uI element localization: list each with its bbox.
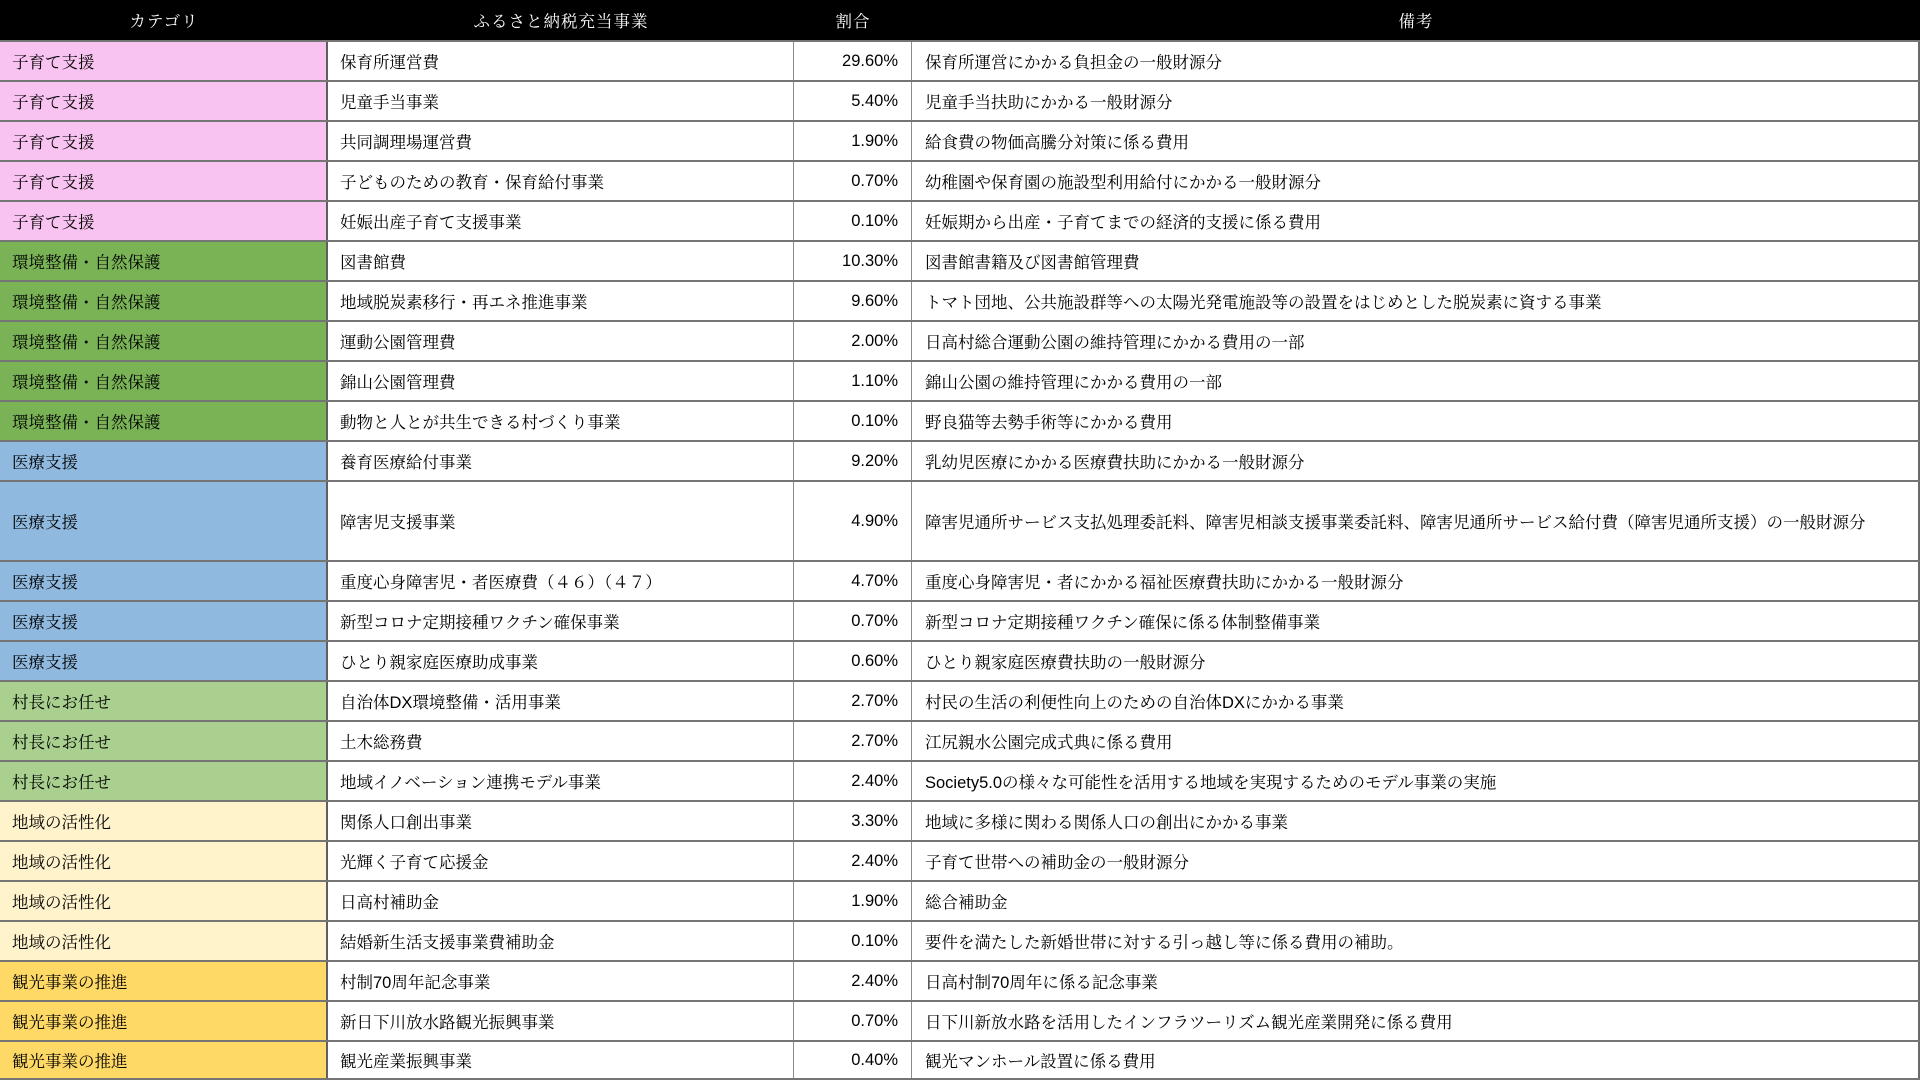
project-cell: 養育医療給付事業 — [328, 442, 794, 480]
ratio-cell: 10.30% — [794, 242, 912, 280]
project-cell: 結婚新生活支援事業費補助金 — [328, 922, 794, 960]
ratio-value: 0.70% — [851, 612, 898, 631]
remark-label: 幼稚園や保育園の施設型利用給付にかかる一般財源分 — [925, 169, 1321, 193]
project-label: 村制70周年記念事業 — [340, 969, 490, 993]
ratio-cell: 9.20% — [794, 442, 912, 480]
category-cell: 子育て支援 — [0, 162, 328, 200]
remark-cell: 給食費の物価高騰分対策に係る費用 — [912, 122, 1920, 160]
ratio-value: 9.60% — [851, 292, 898, 311]
category-cell: 観光事業の推進 — [0, 962, 328, 1000]
category-cell: 子育て支援 — [0, 42, 328, 80]
project-cell: 錦山公園管理費 — [328, 362, 794, 400]
category-label: 地域の活性化 — [12, 849, 111, 873]
table-row: 医療支援 新型コロナ定期接種ワクチン確保事業 0.70% 新型コロナ定期接種ワク… — [0, 600, 1920, 640]
table-row: 環境整備・自然保護 錦山公園管理費 1.10% 錦山公園の維持管理にかかる費用の… — [0, 360, 1920, 400]
category-cell: 地域の活性化 — [0, 882, 328, 920]
category-label: 子育て支援 — [12, 129, 95, 153]
table-row: 環境整備・自然保護 運動公園管理費 2.00% 日高村総合運動公園の維持管理にか… — [0, 320, 1920, 360]
project-label: 重度心身障害児・者医療費（４６）（４７） — [340, 569, 662, 593]
project-cell: 動物と人とが共生できる村づくり事業 — [328, 402, 794, 440]
category-label: 観光事業の推進 — [12, 1009, 128, 1033]
table-row: 観光事業の推進 観光産業振興事業 0.40% 観光マンホール設置に係る費用 — [0, 1040, 1920, 1080]
ratio-cell: 0.10% — [794, 402, 912, 440]
ratio-cell: 2.40% — [794, 842, 912, 880]
remark-label: トマト団地、公共施設群等への太陽光発電施設等の設置をはじめとした脱炭素に資する事… — [925, 289, 1602, 313]
remark-label: 観光マンホール設置に係る費用 — [925, 1048, 1156, 1072]
category-cell: 環境整備・自然保護 — [0, 362, 328, 400]
category-cell: 医療支援 — [0, 442, 328, 480]
category-cell: 環境整備・自然保護 — [0, 242, 328, 280]
category-cell: 子育て支援 — [0, 122, 328, 160]
project-label: 観光産業振興事業 — [340, 1048, 472, 1072]
category-cell: 村長にお任せ — [0, 722, 328, 760]
project-label: 運動公園管理費 — [340, 329, 456, 353]
ratio-cell: 2.70% — [794, 722, 912, 760]
remark-cell: 野良猫等去勢手術等にかかる費用 — [912, 402, 1920, 440]
ratio-value: 0.70% — [851, 1012, 898, 1031]
table-row: 地域の活性化 光輝く子育て応援金 2.40% 子育て世帯への補助金の一般財源分 — [0, 840, 1920, 880]
category-label: 観光事業の推進 — [12, 969, 128, 993]
ratio-value: 1.90% — [851, 132, 898, 151]
table-row: 子育て支援 児童手当事業 5.40% 児童手当扶助にかかる一般財源分 — [0, 80, 1920, 120]
project-cell: 新日下川放水路観光振興事業 — [328, 1002, 794, 1040]
remark-cell: 図書館書籍及び図書館管理費 — [912, 242, 1920, 280]
remark-cell: ひとり親家庭医療費扶助の一般財源分 — [912, 642, 1920, 680]
remark-cell: 子育て世帯への補助金の一般財源分 — [912, 842, 1920, 880]
table-row: 地域の活性化 日高村補助金 1.90% 総合補助金 — [0, 880, 1920, 920]
category-cell: 地域の活性化 — [0, 842, 328, 880]
remark-label: ひとり親家庭医療費扶助の一般財源分 — [925, 649, 1206, 673]
remark-label: 給食費の物価高騰分対策に係る費用 — [925, 129, 1189, 153]
remark-label: 保育所運営にかかる負担金の一般財源分 — [925, 49, 1222, 73]
project-cell: 村制70周年記念事業 — [328, 962, 794, 1000]
category-label: 村長にお任せ — [12, 769, 111, 793]
remark-cell: 幼稚園や保育園の施設型利用給付にかかる一般財源分 — [912, 162, 1920, 200]
ratio-cell: 4.70% — [794, 562, 912, 600]
remark-label: 日高村制70周年に係る記念事業 — [925, 969, 1158, 993]
category-label: 子育て支援 — [12, 169, 95, 193]
category-cell: 観光事業の推進 — [0, 1002, 328, 1040]
ratio-value: 0.40% — [851, 1051, 898, 1070]
remark-cell: 江尻親水公園完成式典に係る費用 — [912, 722, 1920, 760]
project-cell: ひとり親家庭医療助成事業 — [328, 642, 794, 680]
table-row: 観光事業の推進 村制70周年記念事業 2.40% 日高村制70周年に係る記念事業 — [0, 960, 1920, 1000]
remark-cell: 保育所運営にかかる負担金の一般財源分 — [912, 42, 1920, 80]
remark-cell: 村民の生活の利便性向上のための自治体DXにかかる事業 — [912, 682, 1920, 720]
ratio-value: 29.60% — [842, 52, 898, 71]
table-row: 医療支援 養育医療給付事業 9.20% 乳幼児医療にかかる医療費扶助にかかる一般… — [0, 440, 1920, 480]
ratio-value: 0.10% — [851, 932, 898, 951]
remark-label: 子育て世帯への補助金の一般財源分 — [925, 849, 1189, 873]
remark-label: 乳幼児医療にかかる医療費扶助にかかる一般財源分 — [925, 449, 1305, 473]
table-row: 環境整備・自然保護 地域脱炭素移行・再エネ推進事業 9.60% トマト団地、公共… — [0, 280, 1920, 320]
project-cell: 関係人口創出事業 — [328, 802, 794, 840]
ratio-value: 10.30% — [842, 252, 898, 271]
remark-label: 地域に多様に関わる関係人口の創出にかかる事業 — [925, 809, 1288, 833]
ratio-value: 1.10% — [851, 372, 898, 391]
table-row: 子育て支援 共同調理場運営費 1.90% 給食費の物価高騰分対策に係る費用 — [0, 120, 1920, 160]
ratio-value: 1.90% — [851, 892, 898, 911]
remark-cell: 障害児通所サービス支払処理委託料、障害児相談支援事業委託料、障害児通所サービス給… — [912, 482, 1920, 560]
project-label: 結婚新生活支援事業費補助金 — [340, 929, 555, 953]
ratio-value: 0.60% — [851, 652, 898, 671]
table-row: 医療支援 障害児支援事業 4.90% 障害児通所サービス支払処理委託料、障害児相… — [0, 480, 1920, 560]
project-cell: 光輝く子育て応援金 — [328, 842, 794, 880]
header-ratio: 割合 — [794, 8, 912, 32]
ratio-value: 5.40% — [851, 92, 898, 111]
remark-label: 児童手当扶助にかかる一般財源分 — [925, 89, 1173, 113]
project-cell: 重度心身障害児・者医療費（４６）（４７） — [328, 562, 794, 600]
category-label: 環境整備・自然保護 — [12, 249, 161, 273]
table-row: 環境整備・自然保護 動物と人とが共生できる村づくり事業 0.10% 野良猫等去勢… — [0, 400, 1920, 440]
ratio-cell: 2.70% — [794, 682, 912, 720]
ratio-value: 2.70% — [851, 732, 898, 751]
project-label: 関係人口創出事業 — [340, 809, 472, 833]
category-label: 村長にお任せ — [12, 729, 111, 753]
ratio-value: 2.40% — [851, 772, 898, 791]
project-cell: 保育所運営費 — [328, 42, 794, 80]
ratio-cell: 0.10% — [794, 202, 912, 240]
category-cell: 医療支援 — [0, 562, 328, 600]
remark-cell: 日高村制70周年に係る記念事業 — [912, 962, 1920, 1000]
project-label: 共同調理場運営費 — [340, 129, 472, 153]
remark-cell: 乳幼児医療にかかる医療費扶助にかかる一般財源分 — [912, 442, 1920, 480]
category-label: 環境整備・自然保護 — [12, 289, 161, 313]
remark-label: 錦山公園の維持管理にかかる費用の一部 — [925, 369, 1222, 393]
table-row: 医療支援 重度心身障害児・者医療費（４６）（４７） 4.70% 重度心身障害児・… — [0, 560, 1920, 600]
remark-cell: Society5.0の様々な可能性を活用する地域を実現するためのモデル事業の実施 — [912, 762, 1920, 800]
remark-label: 障害児通所サービス支払処理委託料、障害児相談支援事業委託料、障害児通所サービス給… — [925, 509, 1866, 533]
category-cell: 子育て支援 — [0, 202, 328, 240]
category-cell: 医療支援 — [0, 642, 328, 680]
category-cell: 医療支援 — [0, 602, 328, 640]
ratio-cell: 1.10% — [794, 362, 912, 400]
category-label: 医療支援 — [12, 509, 78, 533]
project-label: 新型コロナ定期接種ワクチン確保事業 — [340, 609, 620, 633]
category-label: 医療支援 — [12, 569, 78, 593]
project-cell: 共同調理場運営費 — [328, 122, 794, 160]
project-label: 保育所運営費 — [340, 49, 439, 73]
project-cell: 観光産業振興事業 — [328, 1042, 794, 1078]
category-label: 医療支援 — [12, 609, 78, 633]
ratio-cell: 3.30% — [794, 802, 912, 840]
remark-cell: 日下川新放水路を活用したインフラツーリズム観光産業開発に係る費用 — [912, 1002, 1920, 1040]
ratio-cell: 0.10% — [794, 922, 912, 960]
ratio-value: 2.40% — [851, 852, 898, 871]
category-cell: 観光事業の推進 — [0, 1042, 328, 1078]
remark-cell: 妊娠期から出産・子育てまでの経済的支援に係る費用 — [912, 202, 1920, 240]
category-cell: 環境整備・自然保護 — [0, 402, 328, 440]
project-label: 地域イノベーション連携モデル事業 — [340, 769, 601, 793]
table-row: 医療支援 ひとり親家庭医療助成事業 0.60% ひとり親家庭医療費扶助の一般財源… — [0, 640, 1920, 680]
remark-cell: 総合補助金 — [912, 882, 1920, 920]
ratio-cell: 2.00% — [794, 322, 912, 360]
table-row: 地域の活性化 関係人口創出事業 3.30% 地域に多様に関わる関係人口の創出にか… — [0, 800, 1920, 840]
ratio-value: 2.00% — [851, 332, 898, 351]
project-label: 児童手当事業 — [340, 89, 439, 113]
remark-label: 総合補助金 — [925, 889, 1008, 913]
project-label: ひとり親家庭医療助成事業 — [340, 649, 538, 673]
ratio-cell: 2.40% — [794, 762, 912, 800]
category-cell: 子育て支援 — [0, 82, 328, 120]
ratio-cell: 0.70% — [794, 1002, 912, 1040]
table-row: 村長にお任せ 自治体DX環境整備・活用事業 2.70% 村民の生活の利便性向上の… — [0, 680, 1920, 720]
category-label: 医療支援 — [12, 649, 78, 673]
remark-label: 江尻親水公園完成式典に係る費用 — [925, 729, 1173, 753]
ratio-value: 9.20% — [851, 452, 898, 471]
project-cell: 土木総務費 — [328, 722, 794, 760]
category-cell: 医療支援 — [0, 482, 328, 560]
ratio-cell: 0.60% — [794, 642, 912, 680]
ratio-cell: 0.70% — [794, 162, 912, 200]
category-cell: 村長にお任せ — [0, 682, 328, 720]
remark-label: 妊娠期から出産・子育てまでの経済的支援に係る費用 — [925, 209, 1321, 233]
remark-label: 日下川新放水路を活用したインフラツーリズム観光産業開発に係る費用 — [925, 1009, 1453, 1033]
furusato-allocation-table: カテゴリ ふるさと納税充当事業 割合 備考 子育て支援 保育所運営費 29.60… — [0, 0, 1920, 1080]
category-label: 子育て支援 — [12, 209, 95, 233]
category-label: 地域の活性化 — [12, 809, 111, 833]
remark-label: 要件を満たした新婚世帯に対する引っ越し等に係る費用の補助。 — [925, 929, 1404, 953]
remark-label: 図書館書籍及び図書館管理費 — [925, 249, 1140, 273]
project-label: 新日下川放水路観光振興事業 — [340, 1009, 555, 1033]
project-label: 養育医療給付事業 — [340, 449, 472, 473]
category-label: 地域の活性化 — [12, 929, 111, 953]
ratio-cell: 9.60% — [794, 282, 912, 320]
ratio-cell: 29.60% — [794, 42, 912, 80]
ratio-cell: 0.70% — [794, 602, 912, 640]
project-label: 光輝く子育て応援金 — [340, 849, 489, 873]
category-cell: 村長にお任せ — [0, 762, 328, 800]
category-label: 地域の活性化 — [12, 889, 111, 913]
project-cell: 地域脱炭素移行・再エネ推進事業 — [328, 282, 794, 320]
project-cell: 日高村補助金 — [328, 882, 794, 920]
category-label: 村長にお任せ — [12, 689, 111, 713]
project-label: 土木総務費 — [340, 729, 423, 753]
ratio-cell: 1.90% — [794, 882, 912, 920]
project-label: 日高村補助金 — [340, 889, 439, 913]
table-row: 村長にお任せ 地域イノベーション連携モデル事業 2.40% Society5.0… — [0, 760, 1920, 800]
project-label: 障害児支援事業 — [340, 509, 456, 533]
project-label: 錦山公園管理費 — [340, 369, 456, 393]
ratio-value: 0.10% — [851, 212, 898, 231]
category-label: 環境整備・自然保護 — [12, 409, 161, 433]
project-label: 妊娠出産子育て支援事業 — [340, 209, 522, 233]
project-cell: 妊娠出産子育て支援事業 — [328, 202, 794, 240]
category-label: 子育て支援 — [12, 89, 95, 113]
project-cell: 子どものための教育・保育給付事業 — [328, 162, 794, 200]
table-row: 子育て支援 妊娠出産子育て支援事業 0.10% 妊娠期から出産・子育てまでの経済… — [0, 200, 1920, 240]
remark-label: 野良猫等去勢手術等にかかる費用 — [925, 409, 1173, 433]
header-category: カテゴリ — [0, 8, 328, 32]
header-project: ふるさと納税充当事業 — [328, 8, 794, 32]
project-cell: 児童手当事業 — [328, 82, 794, 120]
remark-label: 村民の生活の利便性向上のための自治体DXにかかる事業 — [925, 689, 1344, 713]
remark-cell: 地域に多様に関わる関係人口の創出にかかる事業 — [912, 802, 1920, 840]
remark-cell: 新型コロナ定期接種ワクチン確保に係る体制整備事業 — [912, 602, 1920, 640]
remark-cell: 日高村総合運動公園の維持管理にかかる費用の一部 — [912, 322, 1920, 360]
project-label: 図書館費 — [340, 249, 406, 273]
ratio-value: 0.10% — [851, 412, 898, 431]
table-body: 子育て支援 保育所運営費 29.60% 保育所運営にかかる負担金の一般財源分 子… — [0, 40, 1920, 1080]
project-label: 地域脱炭素移行・再エネ推進事業 — [340, 289, 588, 313]
table-row: 子育て支援 保育所運営費 29.60% 保育所運営にかかる負担金の一般財源分 — [0, 40, 1920, 80]
ratio-value: 0.70% — [851, 172, 898, 191]
header-remark: 備考 — [912, 8, 1920, 32]
ratio-value: 4.90% — [851, 512, 898, 531]
category-label: 医療支援 — [12, 449, 78, 473]
ratio-cell: 0.40% — [794, 1042, 912, 1078]
remark-label: Society5.0の様々な可能性を活用する地域を実現するためのモデル事業の実施 — [925, 769, 1496, 793]
remark-label: 新型コロナ定期接種ワクチン確保に係る体制整備事業 — [925, 609, 1320, 633]
category-cell: 環境整備・自然保護 — [0, 322, 328, 360]
category-label: 観光事業の推進 — [12, 1048, 128, 1072]
remark-cell: 重度心身障害児・者にかかる福祉医療費扶助にかかる一般財源分 — [912, 562, 1920, 600]
ratio-value: 3.30% — [851, 812, 898, 831]
project-label: 子どものための教育・保育給付事業 — [340, 169, 604, 193]
table-row: 観光事業の推進 新日下川放水路観光振興事業 0.70% 日下川新放水路を活用した… — [0, 1000, 1920, 1040]
table-row: 村長にお任せ 土木総務費 2.70% 江尻親水公園完成式典に係る費用 — [0, 720, 1920, 760]
remark-label: 重度心身障害児・者にかかる福祉医療費扶助にかかる一般財源分 — [925, 569, 1404, 593]
ratio-value: 2.70% — [851, 692, 898, 711]
ratio-cell: 5.40% — [794, 82, 912, 120]
ratio-cell: 1.90% — [794, 122, 912, 160]
remark-cell: 児童手当扶助にかかる一般財源分 — [912, 82, 1920, 120]
category-cell: 地域の活性化 — [0, 802, 328, 840]
ratio-value: 2.40% — [851, 972, 898, 991]
remark-cell: 観光マンホール設置に係る費用 — [912, 1042, 1920, 1078]
ratio-cell: 2.40% — [794, 962, 912, 1000]
project-cell: 障害児支援事業 — [328, 482, 794, 560]
remark-label: 日高村総合運動公園の維持管理にかかる費用の一部 — [925, 329, 1305, 353]
category-label: 環境整備・自然保護 — [12, 329, 161, 353]
category-cell: 環境整備・自然保護 — [0, 282, 328, 320]
project-cell: 自治体DX環境整備・活用事業 — [328, 682, 794, 720]
project-label: 自治体DX環境整備・活用事業 — [340, 689, 561, 713]
ratio-cell: 4.90% — [794, 482, 912, 560]
remark-cell: 要件を満たした新婚世帯に対する引っ越し等に係る費用の補助。 — [912, 922, 1920, 960]
table-row: 地域の活性化 結婚新生活支援事業費補助金 0.10% 要件を満たした新婚世帯に対… — [0, 920, 1920, 960]
category-label: 環境整備・自然保護 — [12, 369, 161, 393]
table-row: 子育て支援 子どものための教育・保育給付事業 0.70% 幼稚園や保育園の施設型… — [0, 160, 1920, 200]
remark-cell: トマト団地、公共施設群等への太陽光発電施設等の設置をはじめとした脱炭素に資する事… — [912, 282, 1920, 320]
remark-cell: 錦山公園の維持管理にかかる費用の一部 — [912, 362, 1920, 400]
project-cell: 運動公園管理費 — [328, 322, 794, 360]
project-cell: 図書館費 — [328, 242, 794, 280]
table-row: 環境整備・自然保護 図書館費 10.30% 図書館書籍及び図書館管理費 — [0, 240, 1920, 280]
category-cell: 地域の活性化 — [0, 922, 328, 960]
project-cell: 地域イノベーション連携モデル事業 — [328, 762, 794, 800]
project-cell: 新型コロナ定期接種ワクチン確保事業 — [328, 602, 794, 640]
ratio-value: 4.70% — [851, 572, 898, 591]
table-header-row: カテゴリ ふるさと納税充当事業 割合 備考 — [0, 0, 1920, 40]
project-label: 動物と人とが共生できる村づくり事業 — [340, 409, 621, 433]
category-label: 子育て支援 — [12, 49, 95, 73]
